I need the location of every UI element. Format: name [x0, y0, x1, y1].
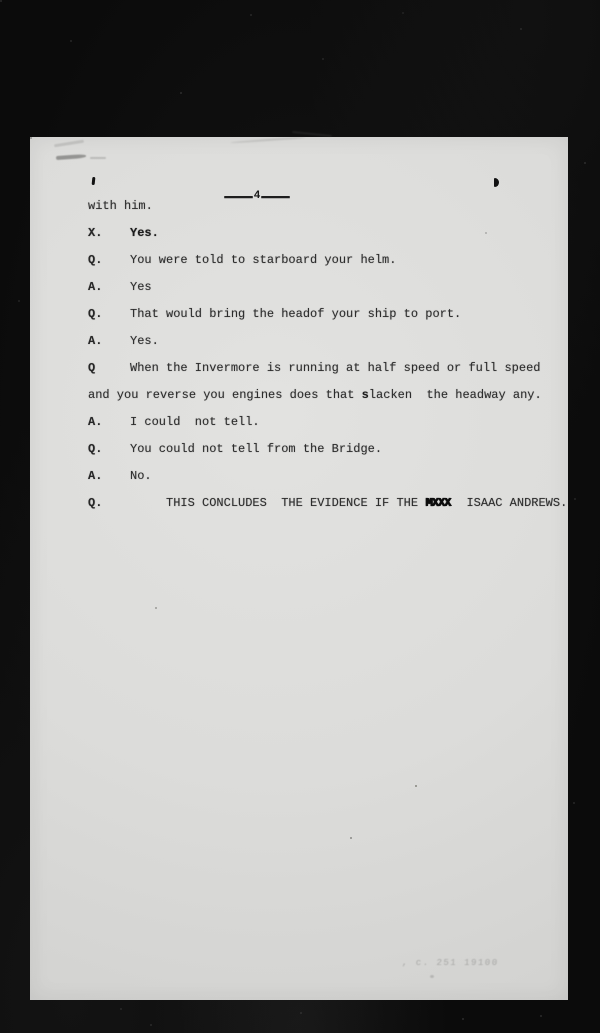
transcript-line: Q.You could not tell from the Bridge.	[30, 442, 568, 469]
speaker-prefix: Q.	[88, 496, 130, 523]
speaker-prefix: A.	[88, 334, 130, 361]
line-text: s	[362, 388, 369, 415]
line-text: and you reverse you engines does that	[88, 388, 362, 415]
line-text: THIS CONCLUDES THE EVIDENCE IF THE	[130, 496, 425, 523]
transcript-line: Q.That would bring the headof your ship …	[30, 307, 568, 334]
line-text: You could not tell from the Bridge.	[130, 442, 382, 469]
speaker-prefix: Q	[88, 361, 130, 388]
transcript-line: Q. THIS CONCLUDES THE EVIDENCE IF THE MX…	[30, 496, 568, 523]
line-text: When the Invermore is running at half sp…	[130, 361, 540, 388]
transcript-line: A.I could not tell.	[30, 415, 568, 442]
line-text: Yes.	[130, 334, 159, 361]
line-text: No.	[130, 469, 152, 496]
transcript: with him.X.Yes.Q.You were told to starbo…	[30, 199, 568, 523]
line-text: Yes	[130, 280, 152, 307]
line-text: That would bring the headof your ship to…	[130, 307, 461, 334]
speaker-prefix: Q.	[88, 442, 130, 469]
pencil-smudge	[292, 131, 332, 137]
dash-right	[261, 196, 290, 198]
pencil-smudge	[56, 154, 86, 160]
transcript-line: A.Yes	[30, 280, 568, 307]
speaker-prefix: A.	[88, 415, 130, 442]
pencil-smudge	[54, 140, 84, 148]
line-text: I could not tell.	[130, 415, 260, 442]
speaker-prefix: Q.	[88, 307, 130, 334]
transcript-line: Q.You were told to starboard your helm.	[30, 253, 568, 280]
line-text: with him.	[88, 199, 153, 226]
speaker-prefix: A.	[88, 280, 130, 307]
transcript-line: A.Yes.	[30, 334, 568, 361]
speaker-prefix: Q.	[88, 253, 130, 280]
transcript-line: X.Yes.	[30, 226, 568, 253]
pencil-smudge	[90, 157, 106, 159]
paper-speck	[30, 137, 32, 139]
right-tick-mark	[494, 178, 499, 187]
document-page: 4 with him.X.Yes.Q.You were told to star…	[30, 137, 568, 1000]
speaker-prefix: X.	[88, 226, 130, 253]
transcript-line: with him.	[30, 199, 568, 226]
line-text: ISAAC ANDREWS.	[452, 496, 567, 523]
transcript-line: and you reverse you engines does that sl…	[30, 388, 568, 415]
film-noise-speckles	[0, 0, 2, 2]
speaker-prefix: A.	[88, 469, 130, 496]
faint-stamp-dot	[430, 975, 434, 978]
pencil-smudge	[230, 136, 306, 143]
line-text: lacken the headway any.	[369, 388, 542, 415]
transcript-line: A.No.	[30, 469, 568, 496]
faint-stamp: , c. 251 19100	[402, 958, 563, 968]
photostat-scan: { "colors": { "background": "#0b0b0b", "…	[0, 0, 600, 1033]
line-text: You were told to starboard your helm.	[130, 253, 396, 280]
struck-word: MXXX	[425, 496, 452, 523]
dash-left	[224, 196, 253, 198]
transcript-line: QWhen the Invermore is running at half s…	[30, 361, 568, 388]
line-text: Yes.	[130, 226, 159, 253]
left-tick-mark	[92, 177, 96, 185]
